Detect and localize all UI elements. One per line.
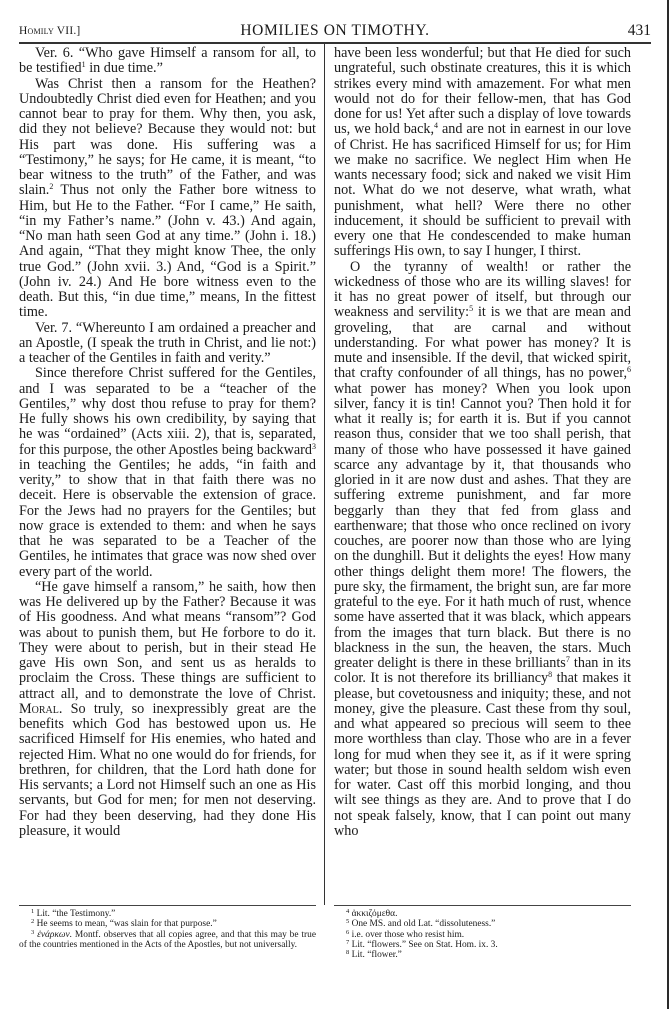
footnote-1: 1 Lit. “the Testimony.”: [19, 909, 316, 919]
moral-heading: Moral.: [19, 701, 62, 717]
footnote-number: 8: [346, 949, 349, 956]
footnote-rule-right: [334, 905, 631, 906]
footnotes-left: 1 Lit. “the Testimony.” 2 He seems to me…: [19, 909, 316, 950]
paragraph-ver-6: Ver. 6. “Who gave Himself a ransom for a…: [19, 46, 316, 77]
paragraph-ver-7: Ver. 7. “Whereunto I am ordained a preac…: [19, 321, 316, 367]
text: that makes it please, but covetousness a…: [334, 670, 631, 839]
footnote-number: 1: [31, 908, 34, 915]
footnote-8: 8 Lit. “flower.”: [334, 950, 631, 960]
right-column: have been less wonderful; but that He di…: [334, 46, 631, 839]
footnote-5: 5 One MS. and old Lat. “dissoluteness.”: [334, 919, 631, 929]
footnote-number: 5: [346, 918, 349, 925]
footnote-2: 2 He seems to mean, “was slain for that …: [19, 919, 316, 929]
footnote-text: ἀκκιζόμεθα.: [352, 909, 398, 919]
left-column: Ver. 6. “Who gave Himself a ransom for a…: [19, 46, 316, 839]
footnote-text: Lit. “the Testimony.”: [37, 909, 116, 919]
footnote-number: 6: [346, 929, 349, 936]
footnote-4: 4 ἀκκιζόμεθα.: [334, 909, 631, 919]
footnotes-right: 4 ἀκκιζόμεθα. 5 One MS. and old Lat. “di…: [334, 909, 631, 960]
running-header: Homily VII.] HOMILIES ON TIMOTHY. 431: [19, 22, 651, 40]
text: “He gave himself a ransom,” he saith, ho…: [19, 579, 316, 702]
footnote-3: 3 ἐνάρκων. Montf. observes that all copi…: [19, 930, 316, 951]
footnote-ref-3[interactable]: 3: [312, 442, 316, 451]
paragraph-ransom-heathen: Was Christ then a ransom for the Heathen…: [19, 77, 316, 321]
text: in teaching the Gentiles; he adds, “in f…: [19, 457, 316, 580]
paragraph-gentiles: Since therefore Christ suffered for the …: [19, 366, 316, 580]
column-divider: [324, 43, 325, 905]
footnote-text: i.e. over those who resist him.: [352, 930, 464, 940]
text: Thus not only the Father bore witness to…: [19, 182, 316, 320]
text: Was Christ then a ransom for the Heathen…: [19, 76, 316, 199]
footnote-number: 4: [346, 908, 349, 915]
footnote-number: 2: [31, 918, 34, 925]
greek-term: ἐνάρκων.: [37, 930, 72, 940]
footnote-text: Lit. “flowers.” See on Stat. Hom. ix. 3.: [352, 940, 498, 950]
paragraph-tyranny-of-wealth: O the tyranny of wealth! or rather the w…: [334, 260, 631, 840]
text: in due time.”: [86, 60, 163, 76]
page-title: HOMILIES ON TIMOTHY.: [19, 22, 651, 40]
footnote-number: 3: [31, 929, 34, 936]
text: and are not in earnest in our love of Ch…: [334, 121, 631, 259]
footnote-number: 7: [346, 939, 349, 946]
paragraph-continued: have been less wonderful; but that He di…: [334, 46, 631, 260]
footnote-text: One MS. and old Lat. “dissoluteness.”: [352, 919, 496, 929]
text: what power has money? When you look upon…: [334, 381, 631, 672]
page-edge: [667, 0, 669, 1009]
page-number: 431: [628, 22, 651, 40]
book-page: Homily VII.] HOMILIES ON TIMOTHY. 431 Ve…: [0, 0, 671, 1009]
footnote-7: 7 Lit. “flowers.” See on Stat. Hom. ix. …: [334, 940, 631, 950]
footnote-ref-6[interactable]: 6: [627, 365, 631, 374]
text: Since therefore Christ suffered for the …: [19, 365, 316, 457]
footnote-rule-left: [19, 905, 316, 906]
footnote-6: 6 i.e. over those who resist him.: [334, 930, 631, 940]
paragraph-ransom-moral: “He gave himself a ransom,” he saith, ho…: [19, 580, 316, 839]
footnote-text: Lit. “flower.”: [352, 950, 402, 960]
footnote-text: He seems to mean, “was slain for that pu…: [37, 919, 217, 929]
header-rule: [19, 42, 651, 44]
text: Ver. 6. “Who gave Himself a ransom for a…: [19, 45, 316, 76]
text: So truly, so inexpressibly great are the…: [19, 701, 316, 839]
